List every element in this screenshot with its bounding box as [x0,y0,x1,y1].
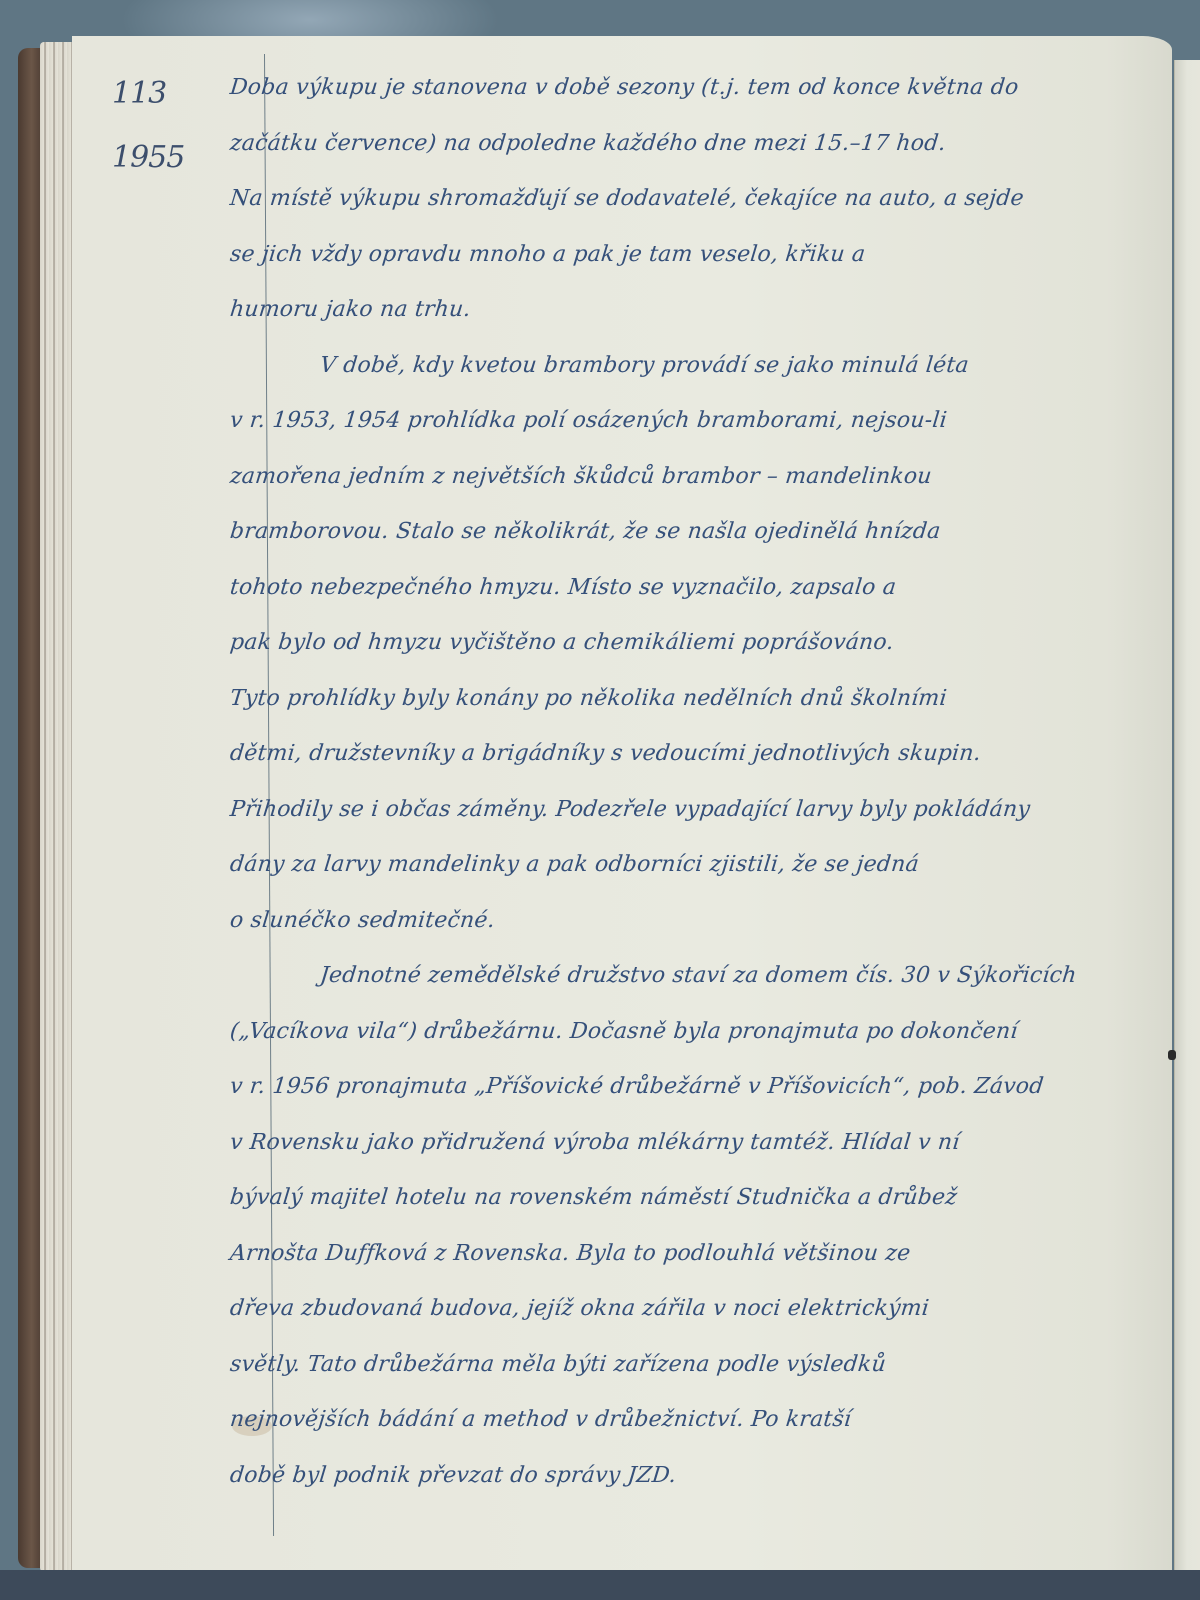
text-line: Jednotné zemědělské družstvo staví za do… [227,948,1103,1004]
text-line: („Vacíkova vila“) drůbežárnu. Dočasně by… [227,1004,1103,1060]
text-line: v r. 1956 pronajmuta „Příšovické drůbežá… [227,1059,1103,1115]
handwritten-text: Doba výkupu je stanovena v době sezony (… [230,60,1100,1503]
page-number: 113 [112,76,166,111]
text-line: dětmi, družstevníky a brigádníky s vedou… [227,726,1103,782]
text-line: v Rovensku jako přidružená výroba mlékár… [227,1115,1103,1171]
text-line: Přihodily se i občas záměny. Podezřele v… [227,782,1103,838]
text-line: době byl podnik převzat do správy JZD. [227,1448,1103,1504]
text-line: V době, kdy kvetou brambory provádí se j… [227,338,1103,394]
text-line: dřeva zbudovaná budova, jejíž okna zářil… [227,1281,1103,1337]
text-line: tohoto nebezpečného hmyzu. Místo se vyzn… [227,560,1103,616]
table-surface [0,1570,1200,1600]
text-line: dány za larvy mandelinky a pak odborníci… [227,837,1103,893]
text-line: bramborovou. Stalo se několikrát, že se … [227,504,1103,560]
text-line: Tyto prohlídky byly konány po několika n… [227,671,1103,727]
text-line: pak bylo od hmyzu vyčištěno a chemikálie… [227,615,1103,671]
text-line: světly. Tato drůbežárna měla býti zaříze… [227,1337,1103,1393]
text-line: Doba výkupu je stanovena v době sezony (… [227,60,1103,116]
text-line: nejnovějších bádání a method v drůbežnic… [227,1392,1103,1448]
text-line: Na místě výkupu shromažďují se dodavatel… [227,171,1103,227]
facing-page-edge [1174,60,1200,1590]
year-note: 1955 [112,140,184,175]
text-line: se jich vždy opravdu mnoho a pak je tam … [227,227,1103,283]
text-line: bývalý majitel hotelu na rovenském náměs… [227,1170,1103,1226]
text-line: o slunéčko sedmitečné. [227,893,1103,949]
text-line: zamořena jedním z největších škůdců bram… [227,449,1103,505]
text-line: začátku července) na odpoledne každého d… [227,116,1103,172]
binding-pin [1168,1050,1176,1060]
text-line: humoru jako na trhu. [227,282,1103,338]
text-line: Arnošta Duffková z Rovenska. Byla to pod… [227,1226,1103,1282]
text-line: v r. 1953, 1954 prohlídka polí osázených… [227,393,1103,449]
